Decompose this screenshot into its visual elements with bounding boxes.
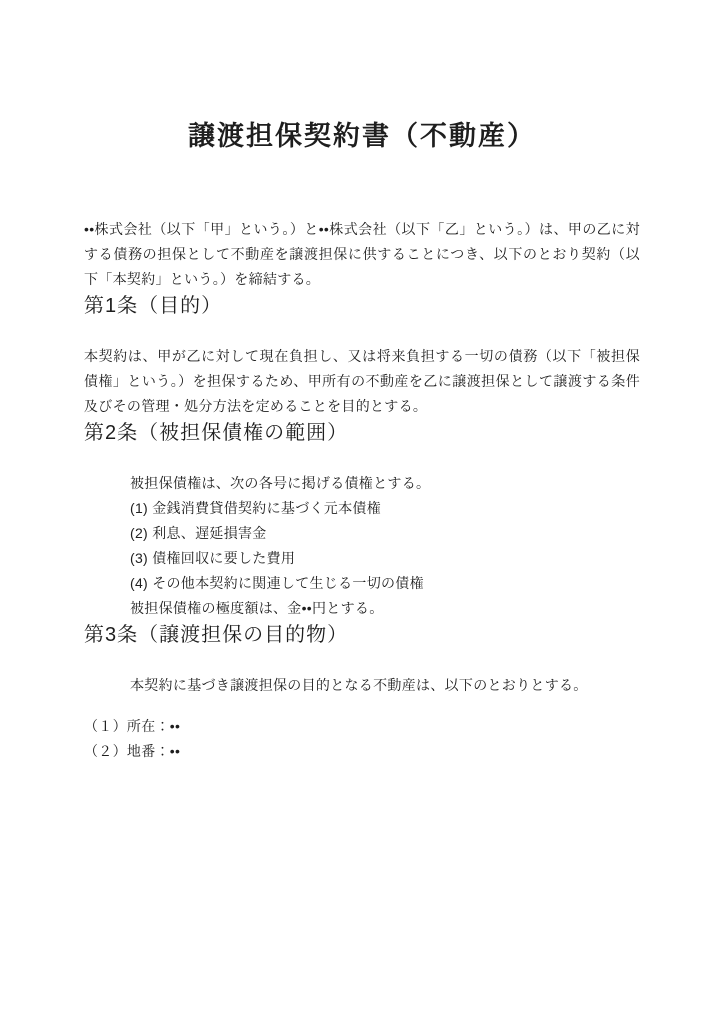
property-detail-location: （１）所在：•• bbox=[84, 714, 640, 739]
article-1-section: 第1条（目的） 本契約は、甲が乙に対して現在負担し、又は将来負担する一切の債務（… bbox=[84, 292, 640, 419]
article-2-section: 第2条（被担保債権の範囲） 被担保債権は、次の各号に掲げる債権とする。 (1) … bbox=[84, 419, 640, 621]
article-3-heading: 第3条（譲渡担保の目的物） bbox=[84, 621, 640, 649]
article-1-body: 本契約は、甲が乙に対して現在負担し、又は将来負担する一切の債務（以下「被担保債権… bbox=[84, 344, 640, 419]
article-2-heading: 第2条（被担保債権の範囲） bbox=[84, 419, 640, 447]
intro-paragraph: ••株式会社（以下「甲」という。）と••株式会社（以下「乙」という。）は、甲の乙… bbox=[84, 217, 640, 292]
article-2-item-2: (2) 利息、遅延損害金 bbox=[130, 521, 640, 546]
article-3-lead: 本契約に基づき譲渡担保の目的となる不動産は、以下のとおりとする。 bbox=[130, 673, 640, 698]
document-title: 譲渡担保契約書（不動産） bbox=[84, 118, 640, 154]
article-2-item-4: (4) その他本契約に関連して生じる一切の債権 bbox=[130, 571, 640, 596]
article-2-item-3: (3) 債権回収に要した費用 bbox=[130, 546, 640, 571]
article-3-section: 第3条（譲渡担保の目的物） 本契約に基づき譲渡担保の目的となる不動産は、以下のと… bbox=[84, 621, 640, 698]
property-detail-lot-number: （２）地番：•• bbox=[84, 739, 640, 764]
article-2-tail: 被担保債権の極度額は、金••円とする。 bbox=[130, 596, 640, 621]
article-1-heading: 第1条（目的） bbox=[84, 292, 640, 320]
contract-document-page: 譲渡担保契約書（不動産） ••株式会社（以下「甲」という。）と••株式会社（以下… bbox=[0, 0, 724, 1024]
article-2-content: 被担保債権は、次の各号に掲げる債権とする。 (1) 金銭消費貸借契約に基づく元本… bbox=[84, 471, 640, 621]
article-2-item-1: (1) 金銭消費貸借契約に基づく元本債権 bbox=[130, 496, 640, 521]
article-2-lead: 被担保債権は、次の各号に掲げる債権とする。 bbox=[130, 471, 640, 496]
article-3-content: 本契約に基づき譲渡担保の目的となる不動産は、以下のとおりとする。 bbox=[84, 673, 640, 698]
